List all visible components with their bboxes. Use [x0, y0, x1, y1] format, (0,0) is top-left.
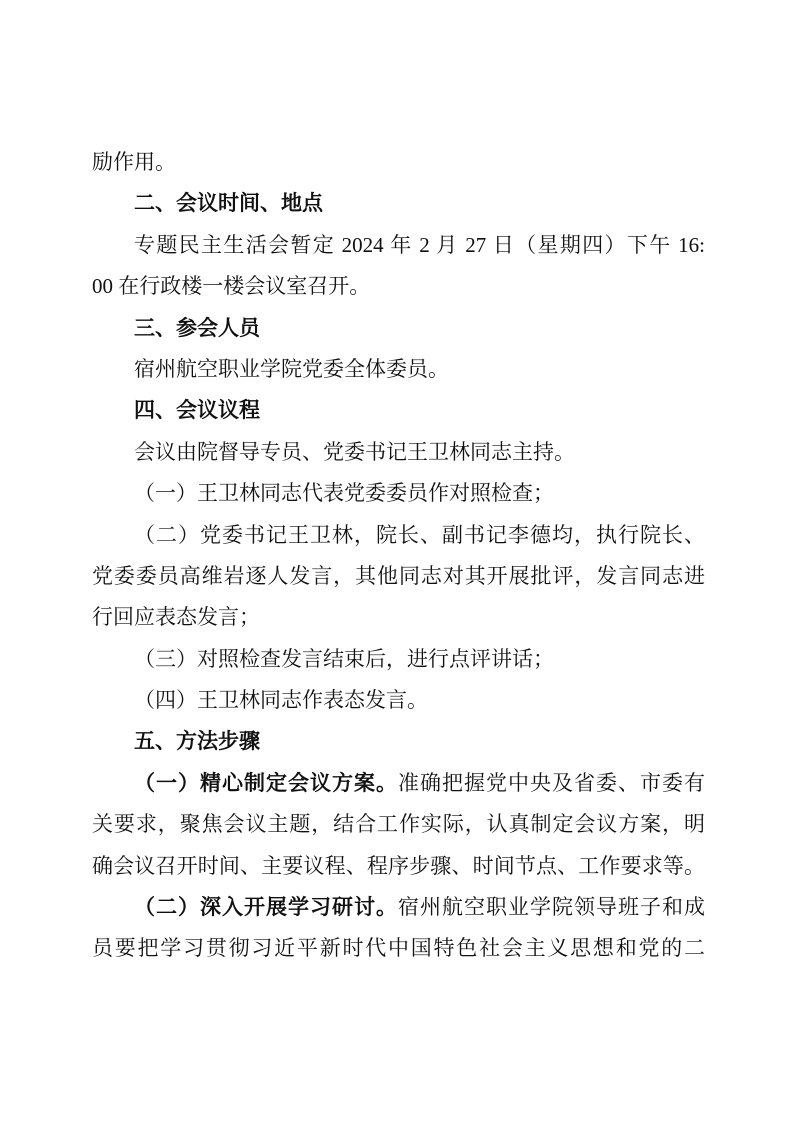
text-run: 关要求，聚焦会议主题，结合工作实际，认真制定会议方案，明: [92, 812, 705, 836]
text-run: 行回应表态发言；: [92, 605, 260, 629]
body-paragraph: （四）王卫林同志作表态发言。: [92, 680, 705, 721]
text-run: 励作用。: [92, 150, 176, 174]
text-line: 宿州航空职业学院党委全体委员。: [92, 349, 705, 390]
text-line: 三、参会人员: [92, 308, 705, 349]
text-line: 党委委员高维岩逐人发言，其他同志对其开展批评，发言同志进: [92, 556, 705, 597]
text-line: 四、会议议程: [92, 390, 705, 431]
text-run: 00 在行政楼一楼会议室召开。: [92, 274, 370, 298]
text-run: 确会议召开时间、主要议程、程序步骤、时间节点、工作要求等。: [92, 854, 705, 878]
document-content: 励作用。二、会议时间、地点专题民主生活会暂定 2024 年 2 月 27 日（星…: [92, 142, 705, 970]
body-paragraph: （一）王卫林同志代表党委委员作对照检查；: [92, 473, 705, 514]
text-line: 二、会议时间、地点: [92, 183, 705, 224]
text-line: 员要把学习贯彻习近平新时代中国特色社会主义思想和党的二: [92, 928, 705, 969]
text-line: 行回应表态发言；: [92, 597, 705, 638]
text-run: 宿州航空职业学院党委全体委员。: [134, 357, 449, 381]
body-paragraph: 专题民主生活会暂定 2024 年 2 月 27 日（星期四）下午 16:00 在…: [92, 225, 705, 308]
text-run: （三）对照检查发言结束后，进行点评讲话；: [134, 647, 554, 671]
text-run: 员要把学习贯彻习近平新时代中国特色社会主义思想和党的二: [92, 936, 705, 960]
text-run: （一）王卫林同志代表党委委员作对照检查；: [134, 481, 554, 505]
text-run: （二）党委书记王卫林，院长、副书记李德均，执行院长、: [134, 523, 705, 547]
text-run: 专题民主生活会暂定 2024 年 2 月 27 日（星期四）下午 16:: [134, 233, 705, 257]
text-line: 五、方法步骤: [92, 721, 705, 762]
section-heading: 五、方法步骤: [92, 721, 705, 762]
text-line: （一）王卫林同志代表党委委员作对照检查；: [92, 473, 705, 514]
text-line: （二）党委书记王卫林，院长、副书记李德均，执行院长、: [92, 515, 705, 556]
text-line: 会议由院督导专员、党委书记王卫林同志主持。: [92, 432, 705, 473]
text-run: 准确把握党中央及省委、市委有: [398, 771, 705, 795]
document-page: 励作用。二、会议时间、地点专题民主生活会暂定 2024 年 2 月 27 日（星…: [0, 0, 793, 1122]
bold-text-run: （二）深入开展学习研讨。: [134, 896, 398, 919]
bold-text-run: 二、会议时间、地点: [134, 192, 323, 215]
body-paragraph: （三）对照检查发言结束后，进行点评讲话；: [92, 639, 705, 680]
text-line: 00 在行政楼一楼会议室召开。: [92, 266, 705, 307]
text-line: （二）深入开展学习研讨。宿州航空职业学院领导班子和成: [92, 887, 705, 928]
section-heading: 四、会议议程: [92, 390, 705, 431]
text-line: 励作用。: [92, 142, 705, 183]
body-paragraph: 励作用。: [92, 142, 705, 183]
body-paragraph: （二）党委书记王卫林，院长、副书记李德均，执行院长、党委委员高维岩逐人发言，其他…: [92, 515, 705, 639]
text-line: 专题民主生活会暂定 2024 年 2 月 27 日（星期四）下午 16:: [92, 225, 705, 266]
bold-text-run: 三、参会人员: [134, 317, 260, 340]
text-run: 党委委员高维岩逐人发言，其他同志对其开展批评，发言同志进: [92, 564, 705, 588]
body-paragraph: 会议由院督导专员、党委书记王卫林同志主持。: [92, 432, 705, 473]
text-line: （一）精心制定会议方案。准确把握党中央及省委、市委有: [92, 763, 705, 804]
body-paragraph: （二）深入开展学习研讨。宿州航空职业学院领导班子和成员要把学习贯彻习近平新时代中…: [92, 887, 705, 970]
bold-text-run: 四、会议议程: [134, 399, 260, 422]
text-run: 会议由院督导专员、党委书记王卫林同志主持。: [134, 440, 575, 464]
text-line: 关要求，聚焦会议主题，结合工作实际，认真制定会议方案，明: [92, 804, 705, 845]
text-line: 确会议召开时间、主要议程、程序步骤、时间节点、工作要求等。: [92, 846, 705, 887]
section-heading: 二、会议时间、地点: [92, 183, 705, 224]
bold-text-run: （一）精心制定会议方案。: [134, 772, 398, 795]
body-paragraph: 宿州航空职业学院党委全体委员。: [92, 349, 705, 390]
text-run: （四）王卫林同志作表态发言。: [134, 688, 428, 712]
body-paragraph: （一）精心制定会议方案。准确把握党中央及省委、市委有关要求，聚焦会议主题，结合工…: [92, 763, 705, 887]
text-line: （四）王卫林同志作表态发言。: [92, 680, 705, 721]
bold-text-run: 五、方法步骤: [134, 730, 260, 753]
text-run: 宿州航空职业学院领导班子和成: [398, 895, 705, 919]
section-heading: 三、参会人员: [92, 308, 705, 349]
text-line: （三）对照检查发言结束后，进行点评讲话；: [92, 639, 705, 680]
